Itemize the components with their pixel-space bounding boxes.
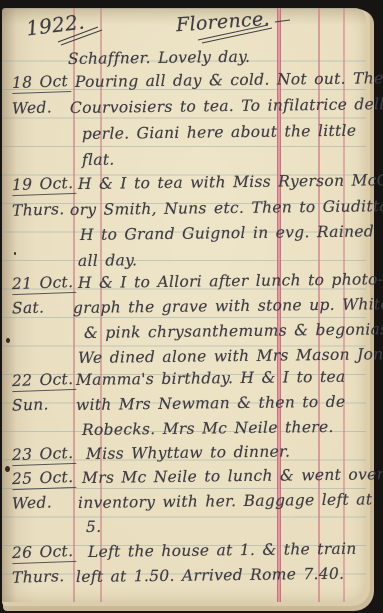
- entry-text: inventory with her. Baggage left at: [78, 490, 373, 512]
- entry-text: Mrs Mc Neile to lunch & went over: [82, 465, 383, 487]
- entry-text: H & I to tea with Miss Ryerson McGreg-: [78, 171, 383, 193]
- entry-day: Thurs.: [12, 567, 65, 587]
- entry-text: We dined alone with Mrs Mason Jones: [78, 345, 383, 367]
- entry-text: Left the house at 1. & the train: [88, 540, 357, 561]
- entry-day: Wed.: [12, 98, 52, 117]
- diary-row: H to Grand Guignol in evg. Rained: [0, 226, 383, 253]
- entry-text: left at 1.50. Arrived Rome 7.40.: [76, 565, 345, 586]
- entry-day: Sun.: [12, 395, 49, 414]
- entry-text: flat.: [82, 151, 115, 169]
- diary-row: perle. Giani here about the little: [0, 125, 383, 152]
- entry-date: 26 Oct.: [12, 542, 77, 564]
- entry-text: with Mrs Newman & then to de: [76, 393, 346, 414]
- diary-page-photo: 1922. Florence. Schaffner. Lovely day. 1…: [0, 0, 383, 613]
- entry-text: Schaffner. Lovely day.: [68, 48, 251, 68]
- entry-text: graph the grave with stone up. White: [73, 295, 383, 317]
- entry-text: ory Smith, Nuns etc. Then to Giuditta's.: [70, 197, 383, 219]
- entry-date: 22 Oct.: [12, 370, 77, 392]
- entry-date: 25 Oct.: [12, 468, 77, 490]
- entry-text: Pouring all day & cold. Not out. The: [75, 69, 383, 91]
- entry-date: 21 Oct.: [12, 273, 77, 295]
- entry-day: Thurs.: [12, 200, 65, 220]
- entry-text: 5.: [86, 518, 102, 536]
- entry-text: Miss Whyttaw to dinner.: [86, 443, 290, 463]
- entry-text: perle. Giani here about the little: [82, 122, 356, 143]
- entry-text: Mamma's birthday. H & I to tea: [76, 368, 346, 389]
- entry-date: 23 Oct.: [12, 444, 77, 466]
- entry-text: H to Grand Guignol in evg. Rained: [80, 222, 374, 244]
- entry-text: H & I to Allori after lunch to photo-: [78, 270, 383, 292]
- diary-row: Wed.inventory with her. Baggage left at: [0, 494, 383, 521]
- entry-date: 18 Oct: [12, 72, 72, 94]
- entry-day: Sat.: [12, 298, 45, 317]
- entry-text: & pink chrysanthemums & begonias.: [84, 320, 383, 342]
- entry-text: Courvoisiers to tea. To infilatrice dell…: [70, 95, 383, 117]
- entry-text: Robecks. Mrs Mc Neile there.: [82, 418, 334, 439]
- diary-row: Thurs.left at 1.50. Arrived Rome 7.40.: [0, 568, 383, 595]
- entry-day: Wed.: [12, 493, 52, 512]
- entry-date: 19 Oct.: [12, 174, 77, 196]
- entry-text: all day.: [78, 251, 137, 270]
